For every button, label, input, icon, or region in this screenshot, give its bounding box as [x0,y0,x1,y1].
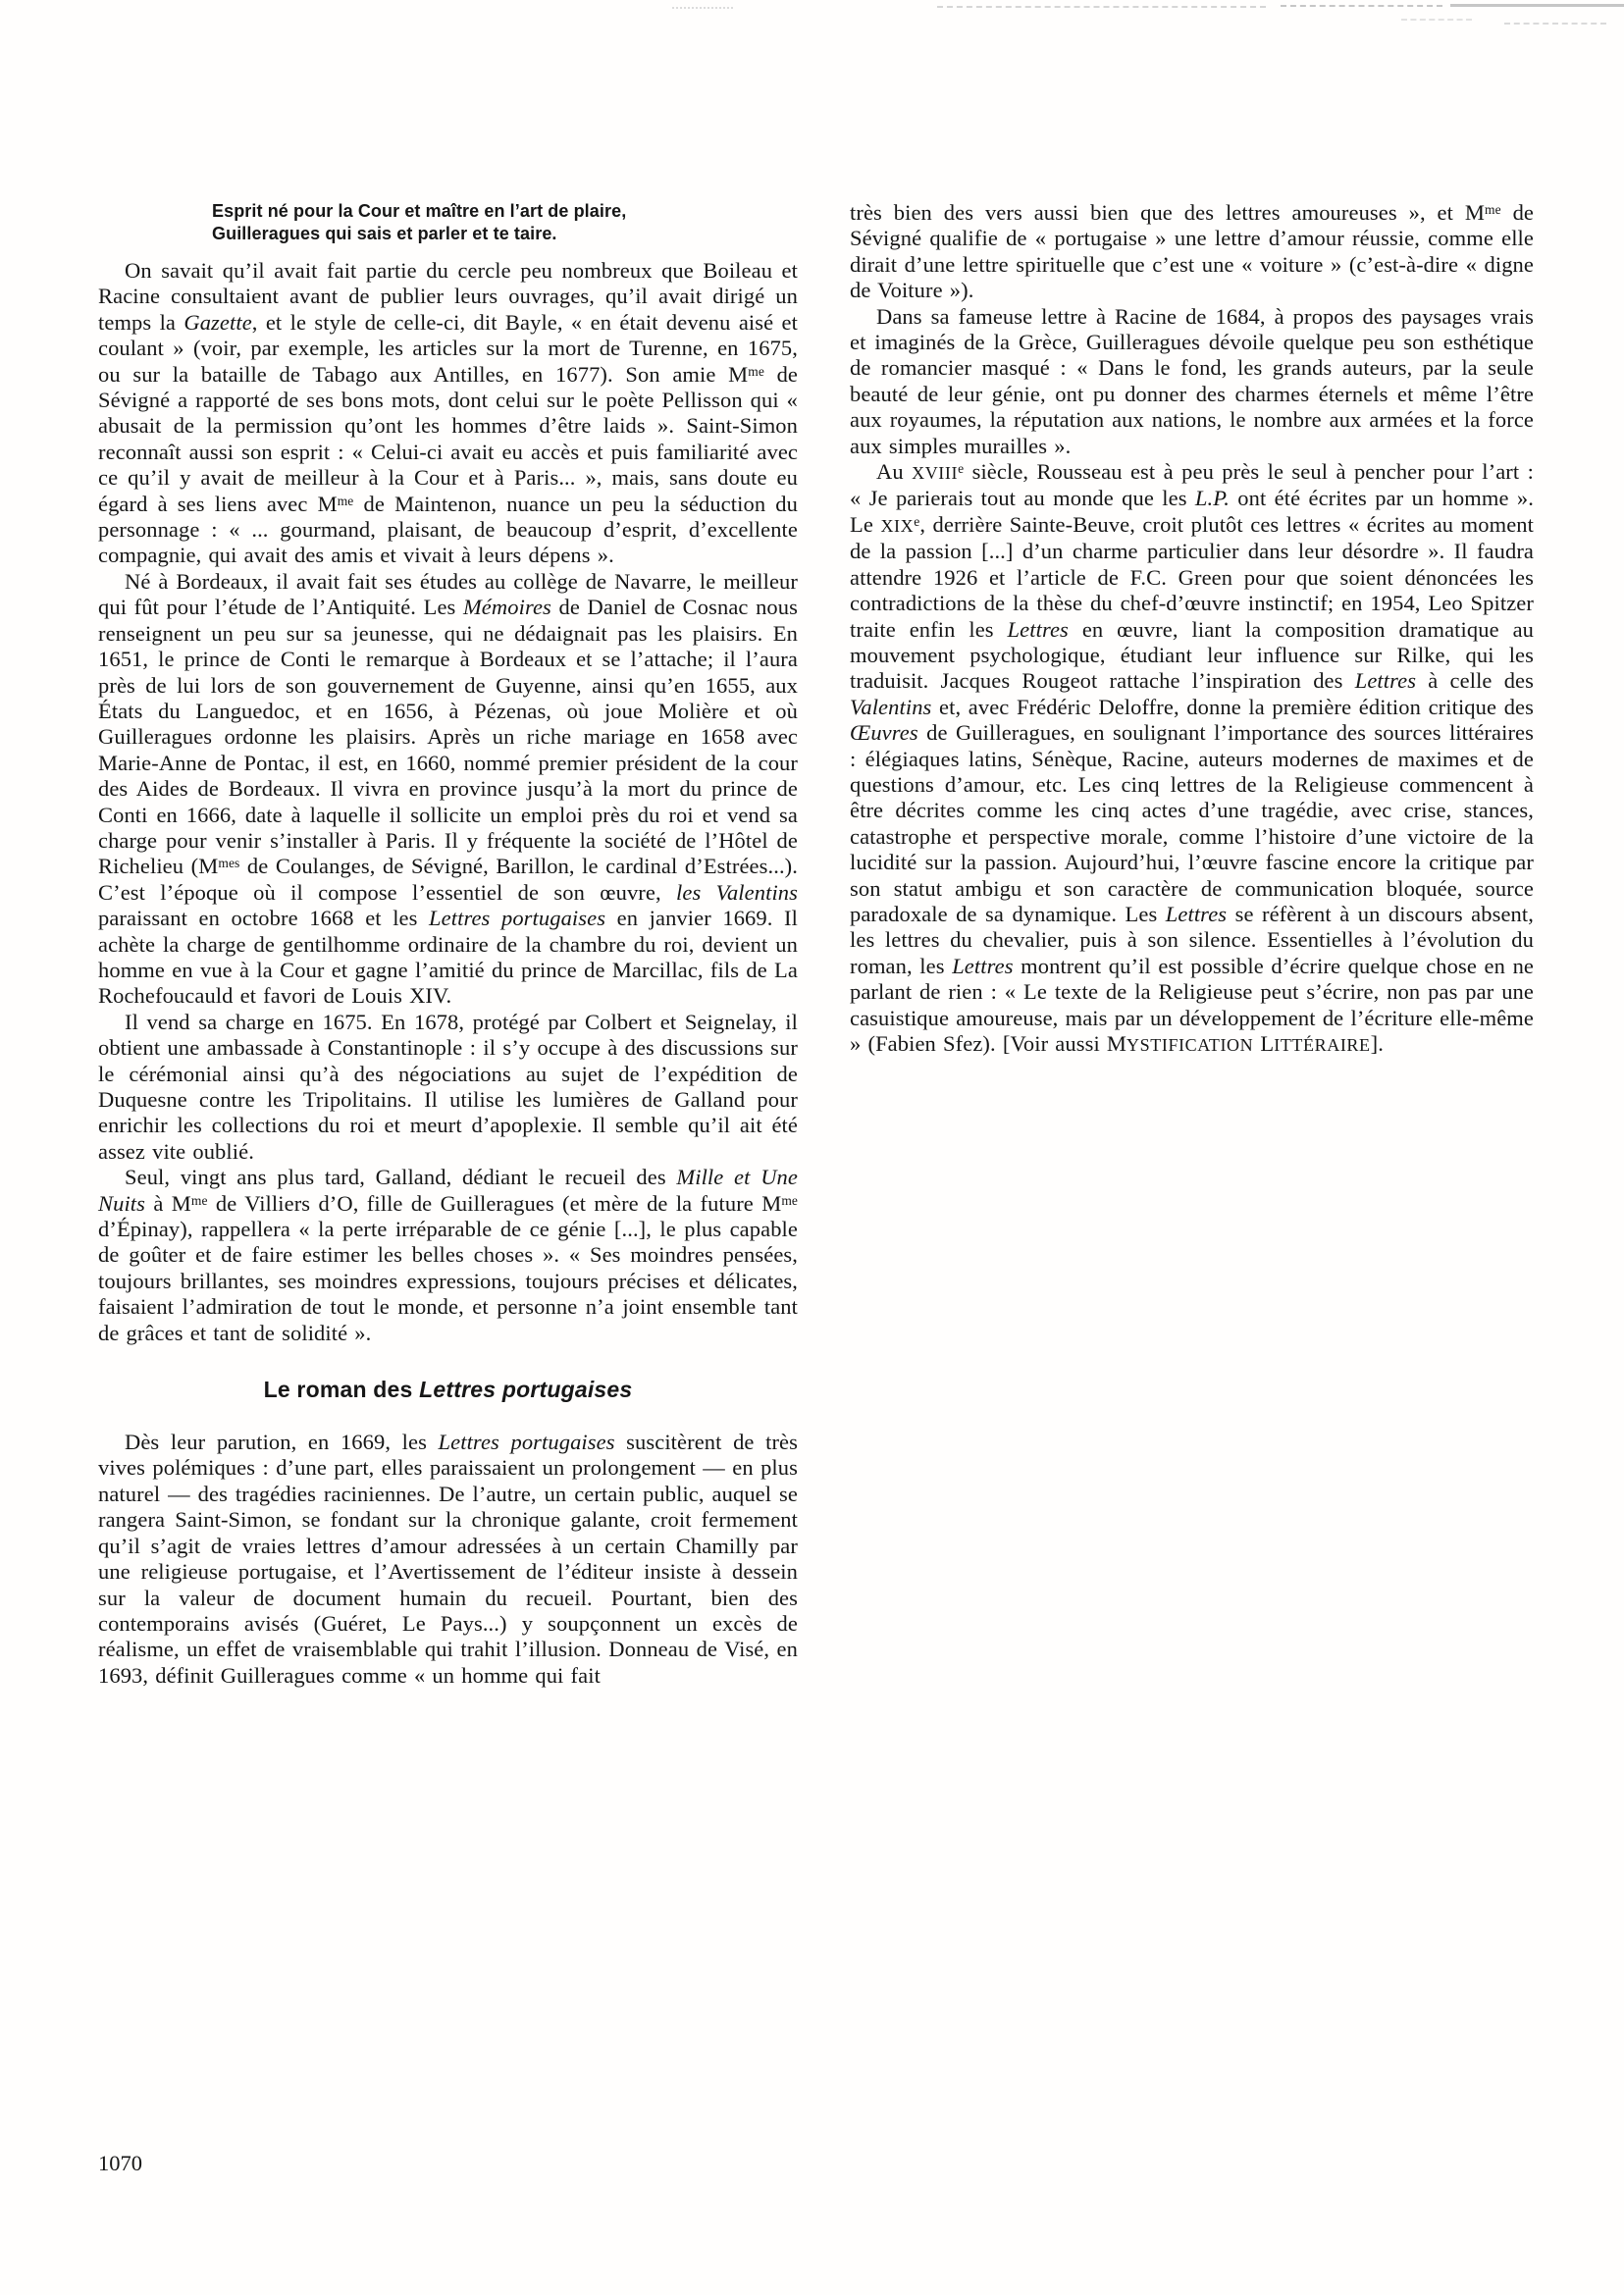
text-run: à celle des [1416,668,1534,693]
section-heading: Le roman des Lettres portugaises [98,1377,798,1403]
scan-artifact [937,6,1266,8]
text-run: Le roman des [264,1377,420,1402]
text-run: Lettres portugaises [439,1430,615,1454]
paragraph: Seul, vingt ans plus tard, Galland, dédi… [98,1165,798,1346]
text-run: me [781,1193,798,1208]
scan-artifact [1504,23,1606,25]
text-run: Gazette [183,310,251,335]
scan-artifact [1450,4,1624,7]
text-run: XIX [880,516,914,536]
scan-artifact [672,7,733,9]
text-run: me [338,494,354,508]
paragraph: Dans sa fameuse lettre à Racine de 1684,… [850,304,1534,459]
left-column: Esprit né pour la Cour et maître en l’ar… [98,200,798,1689]
epigraph-line: Guilleragues qui sais et parler et te ta… [212,224,557,243]
text-run: Mémoires [463,595,551,619]
text-run: XVIII [912,463,958,483]
text-run: Lettres portugaises [419,1377,632,1402]
paragraph: Né à Bordeaux, il avait fait ses études … [98,569,798,1010]
text-run: ]. [1371,1031,1384,1056]
text-run: suscitèrent de très vives polémiques : d… [98,1430,798,1688]
text-run: e [958,461,964,476]
text-run: Lettres [1008,617,1069,642]
text-run: Lettres [952,954,1013,978]
text-run: Valentins [850,695,931,719]
text-run: et, avec Frédéric Deloffre, donne la pre… [931,695,1534,719]
text-run: Lettres [1355,668,1416,693]
right-column: très bien des vers aussi bien que des le… [850,200,1534,1058]
text-run: me [748,364,764,379]
text-run: les Valentins [676,880,798,905]
scan-artifact [1401,19,1472,21]
text-run: Au [876,459,912,484]
scan-artifact [1281,5,1442,7]
text-run: e [914,514,919,529]
text-run: à M [145,1191,191,1216]
page-number: 1070 [98,2151,142,2176]
text-run: Dès leur parution, en 1669, les [125,1430,439,1454]
paragraph: Il vend sa charge en 1675. En 1678, prot… [98,1010,798,1165]
text-run: me [1485,202,1501,217]
epigraph: Esprit né pour la Cour et maître en l’ar… [212,200,798,245]
text-run: me [191,1193,208,1208]
text-run: Seul, vingt ans plus tard, Galland, dédi… [125,1165,676,1189]
text-run: L.P. [1195,486,1230,510]
text-run: de Guilleragues, en soulignant l’importa… [850,720,1534,926]
text-run: paraissant en octobre 1668 et les [98,906,429,930]
text-run: d’Épinay), rappellera « la perte irrépar… [98,1217,798,1345]
paragraph: Dès leur parution, en 1669, les Lettres … [98,1430,798,1689]
text-run: de Villiers d’O, fille de Guilleragues (… [208,1191,782,1216]
text-run: Il vend sa charge en 1675. En 1678, prot… [98,1010,798,1164]
paragraph: Au XVIIIe siècle, Rousseau est à peu prè… [850,459,1534,1058]
epigraph-line: Esprit né pour la Cour et maître en l’ar… [212,201,626,221]
text-run: L [1253,1031,1274,1056]
text-run: très bien des vers aussi bien que des le… [850,200,1485,225]
text-run: Œuvres [850,720,918,745]
text-run: de Daniel de Cosnac nous renseignent un … [98,595,798,878]
paragraph: très bien des vers aussi bien que des le… [850,200,1534,304]
text-run: Dans sa fameuse lettre à Racine de 1684,… [850,304,1534,458]
text-run: Lettres [1166,902,1227,926]
paragraph: On savait qu’il avait fait partie du cer… [98,258,798,569]
text-run: ITTÉRAIRE [1274,1035,1370,1055]
scanned-page: Esprit né pour la Cour et maître en l’ar… [0,0,1624,2295]
text-run: YSTIFICATION [1126,1035,1253,1055]
text-run: mes [218,856,239,870]
text-run: Lettres portugaises [429,906,605,930]
